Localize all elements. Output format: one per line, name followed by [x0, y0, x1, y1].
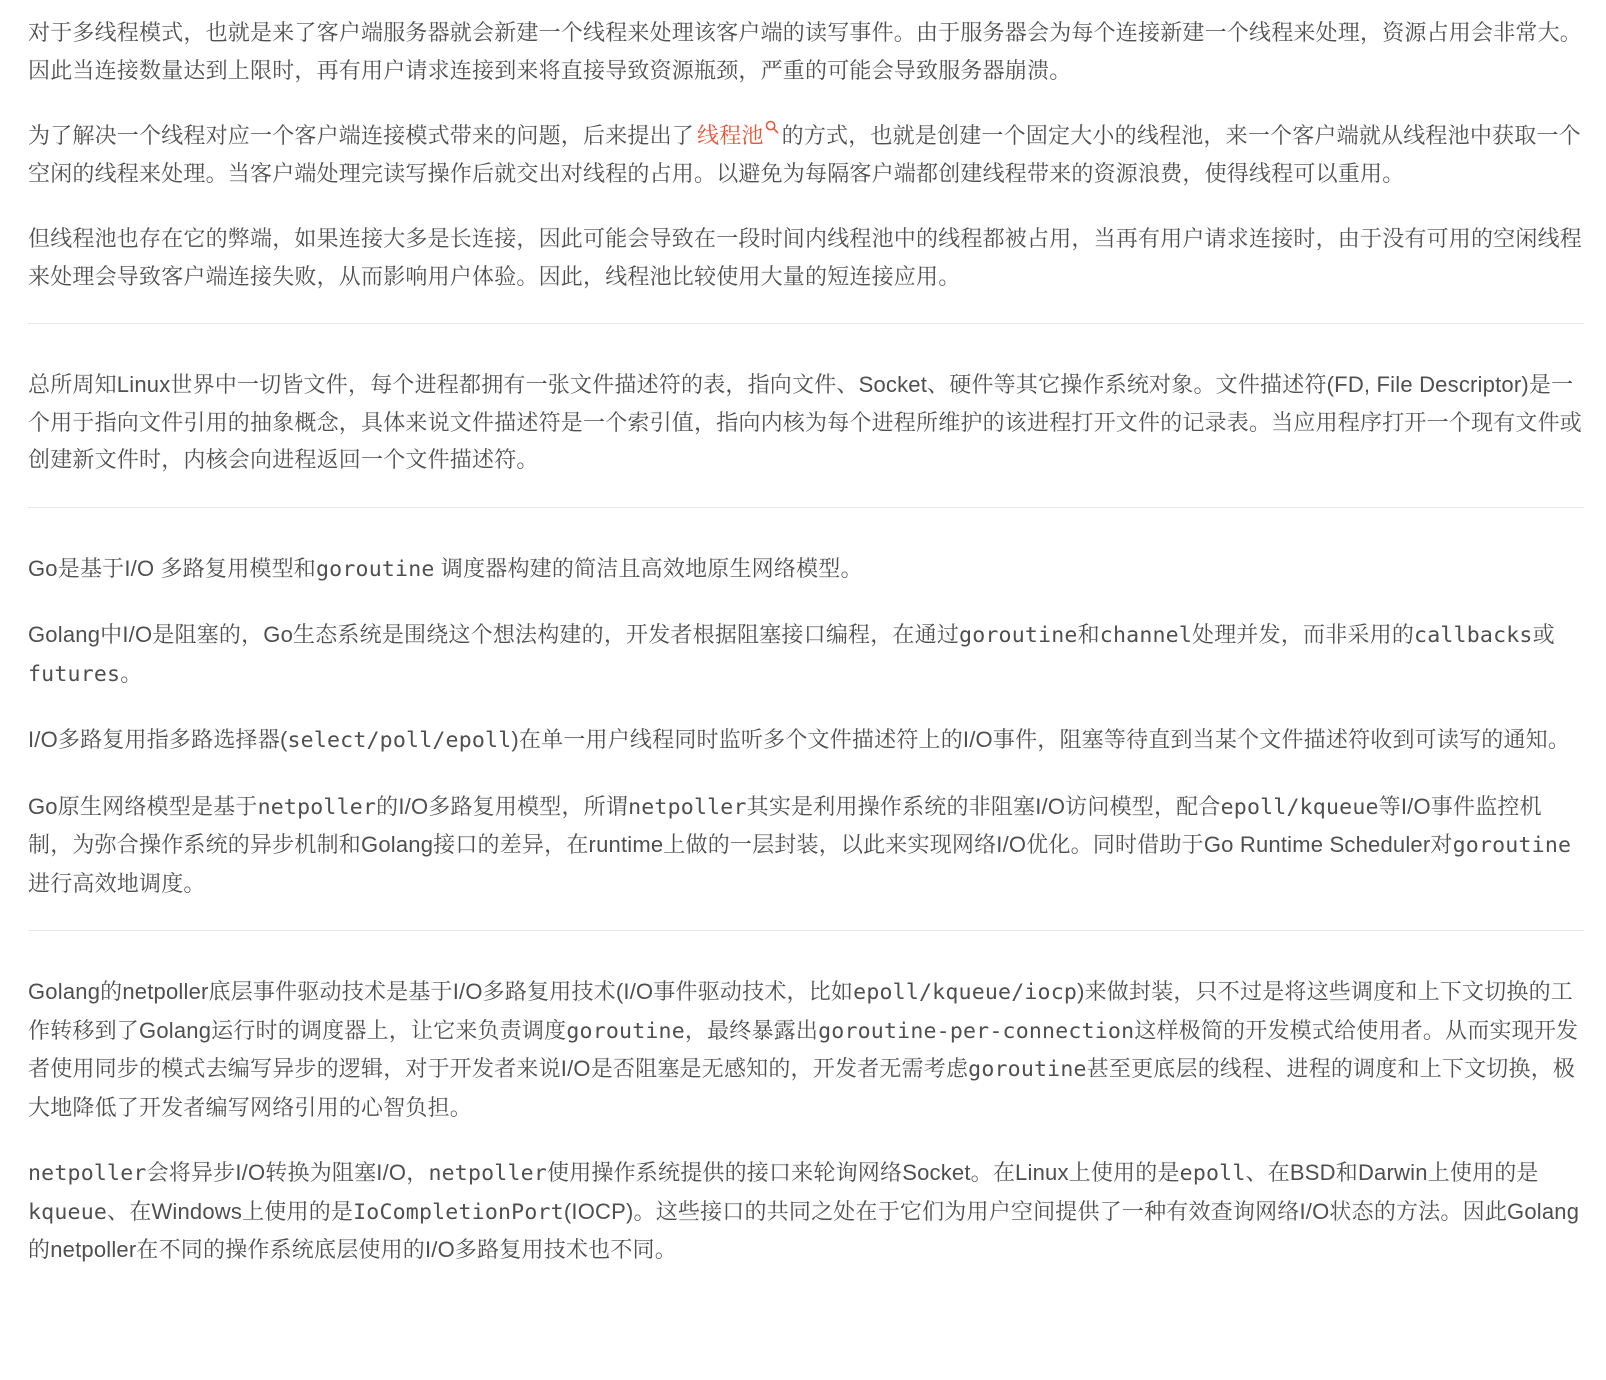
section-divider	[28, 930, 1584, 931]
text-run: 进行高效地调度。	[28, 871, 206, 896]
text-run: 使用操作系统提供的接口来轮询网络Socket。在Linux上使用的是	[547, 1160, 1180, 1185]
text-run: Golang中I/O是阻塞的，Go生态系统是围绕这个想法构建的，开发者根据阻塞接…	[28, 622, 959, 647]
inline-code: kqueue	[28, 1200, 107, 1225]
section-divider	[28, 507, 1584, 508]
text-run: 但线程池也存在它的弊端，如果连接大多是长连接，因此可能会导致在一段时间内线程池中…	[28, 226, 1582, 289]
inline-code: epoll/kqueue/iocp	[853, 980, 1077, 1005]
text-run: 处理并发，而非采用的	[1192, 622, 1414, 647]
paragraph: 总所周知Linux世界中一切皆文件，每个进程都拥有一张文件描述符的表，指向文件、…	[28, 366, 1584, 479]
text-run: 其实是利用操作系统的非阻塞I/O访问模型，配合	[747, 794, 1221, 819]
article-page: 对于多线程模式，也就是来了客户端服务器就会新建一个线程来处理该客户端的读写事件。…	[0, 0, 1606, 1380]
inline-code: netpoller	[28, 1161, 147, 1186]
text-run: Golang的netpoller底层事件驱动技术是基于I/O多路复用技术(I/O…	[28, 979, 853, 1004]
inline-code: epoll	[1180, 1161, 1246, 1186]
text-run: 。	[120, 661, 142, 686]
inline-code: goroutine	[968, 1057, 1087, 1082]
inline-code: netpoller	[628, 795, 747, 820]
inline-code: select/poll/epoll	[287, 728, 511, 753]
text-run: 、在Windows上使用的是	[107, 1199, 353, 1224]
text-run: 或	[1533, 622, 1555, 647]
paragraph: Go是基于I/O 多路复用模型和goroutine 调度器构建的简洁且高效地原生…	[28, 550, 1584, 589]
text-run: 和	[1078, 622, 1100, 647]
paragraph: 对于多线程模式，也就是来了客户端服务器就会新建一个线程来处理该客户端的读写事件。…	[28, 14, 1584, 89]
article-content: 对于多线程模式，也就是来了客户端服务器就会新建一个线程来处理该客户端的读写事件。…	[0, 0, 1606, 1275]
inline-code: netpoller	[428, 1161, 547, 1186]
text-run: 对于多线程模式，也就是来了客户端服务器就会新建一个线程来处理该客户端的读写事件。…	[28, 20, 1582, 83]
text-run: Go是基于I/O 多路复用模型和	[28, 556, 316, 581]
paragraph: 为了解决一个线程对应一个客户端连接模式带来的问题，后来提出了线程池的方式，也就是…	[28, 117, 1584, 192]
text-run: )在单一用户线程同时监听多个文件描述符上的I/O事件，阻塞等待直到当某个文件描述…	[511, 727, 1570, 752]
paragraph: Golang的netpoller底层事件驱动技术是基于I/O多路复用技术(I/O…	[28, 973, 1584, 1126]
section-divider	[28, 323, 1584, 324]
text-run: 调度器构建的简洁且高效地原生网络模型。	[435, 556, 863, 581]
search-icon	[765, 120, 779, 134]
paragraph: Golang中I/O是阻塞的，Go生态系统是围绕这个想法构建的，开发者根据阻塞接…	[28, 616, 1584, 693]
paragraph: 但线程池也存在它的弊端，如果连接大多是长连接，因此可能会导致在一段时间内线程池中…	[28, 220, 1584, 295]
inline-code: goroutine	[959, 623, 1078, 648]
text-run: Go原生网络模型是基于	[28, 794, 258, 819]
text-run: 会将异步I/O转换为阻塞I/O，	[147, 1160, 429, 1185]
inline-code: channel	[1100, 623, 1192, 648]
inline-code: epoll/kqueue	[1221, 795, 1379, 820]
inline-code: goroutine	[1453, 833, 1572, 858]
text-run: ，最终暴露出	[685, 1018, 818, 1043]
text-run: 总所周知Linux世界中一切皆文件，每个进程都拥有一张文件描述符的表，指向文件、…	[28, 372, 1582, 472]
text-run: 、在BSD和Darwin上使用的是	[1246, 1160, 1539, 1185]
inline-code: futures	[28, 662, 120, 687]
text-run: 的I/O多路复用模型，所谓	[376, 794, 628, 819]
text-run: I/O多路复用指多路选择器(	[28, 727, 287, 752]
thread-pool-link[interactable]: 线程池	[697, 123, 779, 148]
inline-code: goroutine	[566, 1019, 685, 1044]
paragraph: I/O多路复用指多路选择器(select/poll/epoll)在单一用户线程同…	[28, 721, 1584, 760]
text-run: 为了解决一个线程对应一个客户端连接模式带来的问题，后来提出了	[28, 123, 694, 148]
paragraph: netpoller会将异步I/O转换为阻塞I/O，netpoller使用操作系统…	[28, 1154, 1584, 1269]
inline-code: goroutine	[316, 557, 435, 582]
paragraph: Go原生网络模型是基于netpoller的I/O多路复用模型，所谓netpoll…	[28, 788, 1584, 903]
inline-code: netpoller	[258, 795, 377, 820]
inline-code: IoCompletionPort	[353, 1200, 564, 1225]
inline-code: goroutine-per-connection	[818, 1019, 1134, 1044]
inline-code: callbacks	[1414, 623, 1533, 648]
